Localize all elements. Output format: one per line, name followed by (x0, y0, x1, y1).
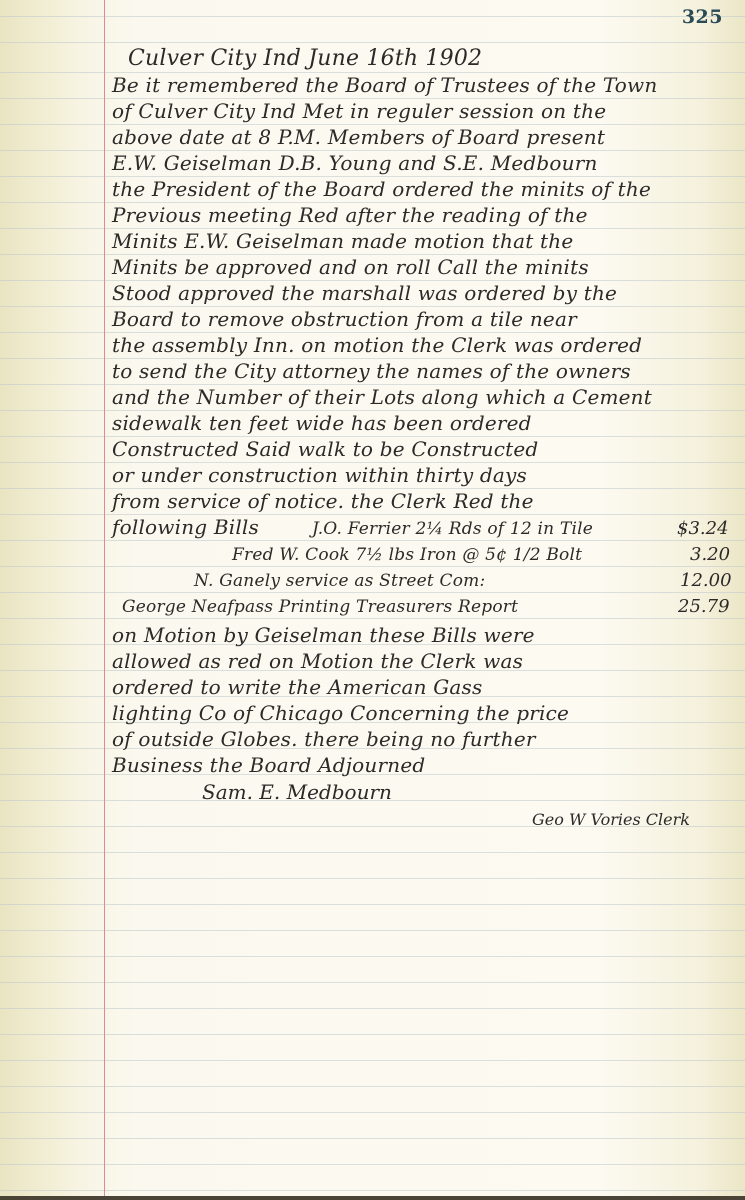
bill-description: 7½ lbs Iron @ 5¢ 1/2 Bolt (355, 545, 582, 565)
minutes-line: allowed as red on Motion the Clerk was (112, 648, 523, 674)
minutes-line: and the Number of their Lots along which… (112, 384, 652, 410)
minutes-line: from service of notice. the Clerk Red th… (112, 488, 534, 514)
minutes-heading: Culver City Ind June 16th 1902 (128, 46, 482, 72)
minutes-line: Stood approved the marshall was ordered … (112, 280, 617, 306)
minutes-line: sidewalk ten feet wide has been ordered (112, 410, 532, 436)
minutes-line: Previous meeting Red after the reading o… (112, 202, 588, 228)
minutes-line: Constructed Said walk to be Constructed (112, 436, 538, 462)
minutes-line: ordered to write the American Gass (112, 674, 482, 700)
minutes-line: on Motion by Geiselman these Bills were (112, 622, 535, 648)
bill-amount: $3.24 (677, 518, 729, 539)
bill-payee: George Neafpass (122, 597, 273, 617)
bill-description: service as Street Com: (286, 571, 486, 591)
minutes-line: of Culver City Ind Met in reguler sessio… (112, 98, 606, 124)
president-signature: Sam. E. Medbourn (202, 780, 392, 804)
page-bottom-edge (0, 1196, 745, 1200)
minutes-line: Be it remembered the Board of Trustees o… (112, 72, 657, 98)
ledger-page: 325 Culver City Ind June 16th 1902 Be it… (0, 0, 745, 1200)
minutes-line: the assembly Inn. on motion the Clerk wa… (112, 332, 642, 358)
minutes-line: or under construction within thirty days (112, 462, 527, 488)
bill-entry: J.O. Ferrier 2¼ Rds of 12 in Tile (312, 516, 593, 542)
bill-entry: N. Ganely service as Street Com: (194, 568, 485, 594)
red-margin-line (104, 0, 105, 1200)
minutes-line: Board to remove obstruction from a tile … (112, 306, 577, 332)
bill-amount: 12.00 (680, 570, 732, 591)
minutes-line: of outside Globes. there being no furthe… (112, 726, 536, 752)
clerk-signature: Geo W Vories Clerk (532, 810, 690, 829)
minutes-line: Minits be approved and on roll Call the … (112, 254, 589, 280)
bill-description: 2¼ Rds of 12 in Tile (415, 519, 593, 539)
bill-payee: Fred W. Cook (232, 545, 350, 565)
minutes-line: following Bills (112, 514, 259, 540)
minutes-line: Minits E.W. Geiselman made motion that t… (112, 228, 573, 254)
bill-entry: George Neafpass Printing Treasurers Repo… (122, 594, 518, 620)
bill-payee: N. Ganely (194, 571, 280, 591)
bill-entry: Fred W. Cook 7½ lbs Iron @ 5¢ 1/2 Bolt (232, 542, 582, 568)
bill-amount: 25.79 (678, 596, 730, 617)
minutes-line: Business the Board Adjourned (112, 752, 425, 778)
bill-payee: J.O. Ferrier (312, 519, 410, 539)
minutes-line: E.W. Geiselman D.B. Young and S.E. Medbo… (112, 150, 598, 176)
minutes-line: the President of the Board ordered the m… (112, 176, 651, 202)
bill-description: Printing Treasurers Report (279, 597, 518, 617)
minutes-line: above date at 8 P.M. Members of Board pr… (112, 124, 605, 150)
minutes-line: to send the City attorney the names of t… (112, 358, 631, 384)
bill-amount: 3.20 (690, 544, 730, 565)
minutes-line: lighting Co of Chicago Concerning the pr… (112, 700, 569, 726)
page-number: 325 (682, 6, 723, 28)
